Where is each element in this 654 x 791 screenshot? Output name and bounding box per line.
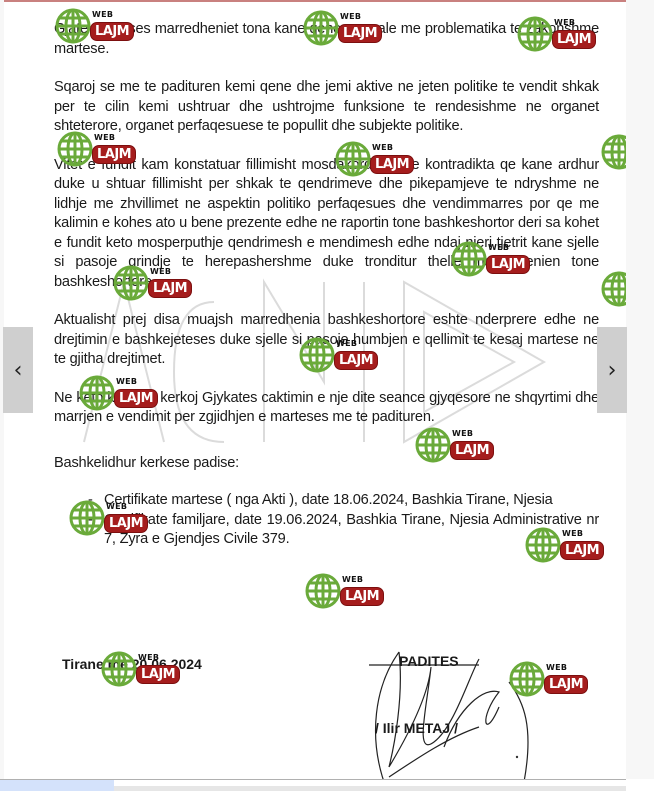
watermark-web-label: WEB	[106, 502, 127, 511]
globe-icon	[334, 140, 372, 178]
globe-icon	[100, 650, 138, 688]
watermark-lajm-badge: LAJM	[544, 675, 588, 694]
watermark-web-label: WEB	[138, 653, 159, 662]
watermark-logo: WEB LAJM	[334, 140, 414, 182]
globe-icon	[56, 130, 94, 168]
watermark-web-label: WEB	[554, 18, 575, 27]
globe-icon	[600, 133, 626, 171]
watermark-lajm-badge: LAJM	[136, 665, 180, 684]
watermark-logo: WEB LAJM	[304, 572, 384, 614]
watermark-web-label: WEB	[488, 243, 509, 252]
horizontal-scrollbar[interactable]	[0, 779, 654, 791]
watermark-web-label: WEB	[372, 143, 393, 152]
globe-icon	[54, 7, 92, 45]
watermark-logo: WEB LAJM	[524, 526, 604, 568]
globe-icon	[304, 572, 342, 610]
watermark-lajm-badge: LAJM	[114, 389, 158, 408]
next-image-button[interactable]: ›	[597, 327, 627, 413]
signature-title: PADITES	[399, 653, 459, 669]
watermark-web-label: WEB	[92, 10, 113, 19]
globe-icon	[450, 240, 488, 278]
watermark-web-label: WEB	[94, 133, 115, 142]
watermark-logo: WEB LAJM	[54, 7, 134, 49]
watermark-lajm-badge: LAJM	[552, 30, 596, 49]
globe-icon	[112, 264, 150, 302]
watermark-web-label: WEB	[150, 267, 171, 276]
chevron-left-icon: ‹	[14, 358, 23, 383]
watermark-lajm-badge: LAJM	[450, 441, 494, 460]
scrollbar-thumb[interactable]	[0, 780, 114, 791]
globe-icon	[600, 270, 626, 308]
watermark-lajm-badge: LAJM	[338, 24, 382, 43]
watermark-logo: WEB LAJM	[302, 9, 382, 51]
globe-icon	[508, 660, 546, 698]
watermark-logo: WEB LAJM	[516, 15, 596, 57]
watermark-logo: WEB LAJM	[600, 133, 626, 175]
watermark-web-label: WEB	[116, 377, 137, 386]
watermark-web-label: WEB	[546, 663, 567, 672]
watermark-web-label: WEB	[562, 529, 583, 538]
globe-icon	[78, 374, 116, 412]
watermark-lajm-badge: LAJM	[560, 541, 604, 560]
watermark-logo: WEB LAJM	[508, 660, 588, 702]
watermark-lajm-badge: LAJM	[334, 351, 378, 370]
watermark-web-label: WEB	[452, 429, 473, 438]
previous-image-button[interactable]: ‹	[3, 327, 33, 413]
watermark-lajm-badge: LAJM	[92, 145, 136, 164]
watermark-lajm-badge: LAJM	[148, 279, 192, 298]
globe-icon	[524, 526, 562, 564]
watermark-logo: WEB LAJM	[68, 499, 148, 541]
watermark-logo: WEB LAJM	[450, 240, 530, 282]
watermark-web-label: WEB	[342, 575, 363, 584]
watermark-logo: WEB LAJM	[298, 336, 378, 378]
watermark-logo: WEB LAJM	[600, 270, 626, 312]
image-viewer: Gjate marteses marredheniet tona kane qe…	[0, 0, 654, 791]
chevron-right-icon: ›	[608, 358, 617, 383]
globe-icon	[516, 15, 554, 53]
globe-icon	[302, 9, 340, 47]
scrollbar-track[interactable]	[114, 786, 626, 791]
watermark-lajm-badge: LAJM	[370, 155, 414, 174]
globe-icon	[68, 499, 106, 537]
watermark-lajm-badge: LAJM	[340, 587, 384, 606]
watermark-logo: WEB LAJM	[112, 264, 192, 306]
watermark-logo: WEB LAJM	[414, 426, 494, 468]
attachments-title: Bashkelidhur kerkese padise:	[54, 454, 599, 474]
signature-name: / Ilir METAJ /	[375, 720, 458, 736]
globe-icon	[298, 336, 336, 374]
watermark-lajm-badge: LAJM	[90, 22, 134, 41]
watermark-web-label: WEB	[336, 339, 357, 348]
paragraph-2: Sqaroj se me te padituren kemi qene dhe …	[54, 78, 599, 137]
watermark-logo: WEB LAJM	[100, 650, 180, 692]
globe-icon	[414, 426, 452, 464]
watermark-lajm-badge: LAJM	[486, 255, 530, 274]
document-page: Gjate marteses marredheniet tona kane qe…	[4, 0, 626, 781]
watermark-web-label: WEB	[340, 12, 361, 21]
watermark-logo: WEB LAJM	[78, 374, 158, 416]
watermark-lajm-badge: LAJM	[104, 514, 148, 533]
watermark-logo: WEB LAJM	[56, 130, 136, 172]
